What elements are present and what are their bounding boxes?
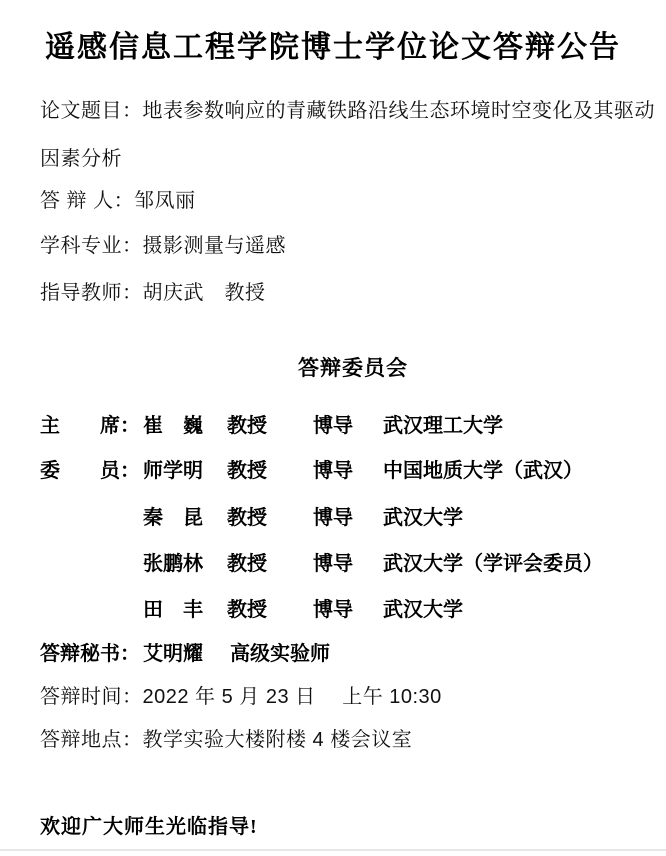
committee-member-name: 秦 昆 bbox=[143, 505, 203, 532]
advisor-value: 胡庆武 教授 bbox=[143, 282, 266, 304]
advisor-line: 指导教师：胡庆武 教授 bbox=[40, 280, 266, 306]
committee-member-affiliation: 武汉理工大学 bbox=[383, 413, 503, 440]
committee-row-member: 田 丰 教授 博导 武汉大学 bbox=[40, 597, 650, 624]
committee-member-affiliation: 武汉大学 bbox=[383, 597, 463, 624]
secretary-title: 高级实验师 bbox=[230, 641, 330, 668]
thesis-title-text: 地表参数响应的青藏铁路沿线生态环境时空变化及其驱动 bbox=[143, 100, 656, 122]
document-title: 遥感信息工程学院博士学位论文答辩公告 bbox=[0, 22, 666, 66]
candidate-label: 答 辩 人： bbox=[40, 190, 134, 212]
defense-time-label: 答辩时间： bbox=[40, 686, 143, 708]
committee-row-chair: 主 席： 崔 巍 教授 博导 武汉理工大学 bbox=[40, 413, 650, 440]
committee-member-name: 崔 巍 bbox=[143, 413, 203, 440]
committee-member-doctoral: 博导 bbox=[313, 597, 353, 624]
advisor-label: 指导教师： bbox=[40, 282, 143, 304]
defense-venue-label: 答辩地点： bbox=[40, 729, 143, 751]
secretary-name: 艾明耀 bbox=[143, 641, 203, 668]
candidate-line: 答 辩 人：邹凤丽 bbox=[40, 188, 196, 214]
committee-member-doctoral: 博导 bbox=[313, 551, 353, 578]
bottom-divider bbox=[0, 849, 666, 851]
defense-venue-value: 教学实验大楼附楼 4 楼会议室 bbox=[143, 729, 413, 751]
committee-row-member: 张鹏林 教授 博导 武汉大学（学评会委员） bbox=[40, 551, 650, 578]
committee-row-member: 秦 昆 教授 博导 武汉大学 bbox=[40, 505, 650, 532]
major-value: 摄影测量与遥感 bbox=[143, 235, 287, 257]
committee-heading: 答辩委员会 bbox=[20, 352, 666, 382]
thesis-title-text-cont: 因素分析 bbox=[40, 148, 122, 170]
committee-member-title: 教授 bbox=[227, 597, 267, 624]
welcome-message: 欢迎广大师生光临指导! bbox=[40, 810, 258, 839]
committee-member-name: 田 丰 bbox=[143, 597, 203, 624]
candidate-name: 邹凤丽 bbox=[134, 190, 196, 212]
defense-announcement-document: 遥感信息工程学院博士学位论文答辩公告 论文题目：地表参数响应的青藏铁路沿线生态环… bbox=[0, 0, 666, 856]
committee-member-affiliation: 武汉大学（学评会委员） bbox=[383, 551, 603, 578]
thesis-title-line1: 论文题目：地表参数响应的青藏铁路沿线生态环境时空变化及其驱动 bbox=[40, 98, 655, 124]
committee-role: 主 席： bbox=[40, 413, 140, 440]
committee-member-title: 教授 bbox=[227, 505, 267, 532]
secretary-label: 答辩秘书： bbox=[40, 641, 140, 668]
committee-role: 委 员： bbox=[40, 458, 140, 485]
defense-time-line: 答辩时间：2022 年 5 月 23 日 上午 10:30 bbox=[40, 684, 442, 710]
committee-member-title: 教授 bbox=[227, 458, 267, 485]
committee-row-member: 委 员： 师学明 教授 博导 中国地质大学（武汉） bbox=[40, 458, 650, 485]
defense-venue-line: 答辩地点：教学实验大楼附楼 4 楼会议室 bbox=[40, 727, 412, 753]
committee-member-name: 张鹏林 bbox=[143, 551, 203, 578]
defense-time-value: 2022 年 5 月 23 日 上午 10:30 bbox=[143, 686, 442, 708]
committee-member-doctoral: 博导 bbox=[313, 458, 353, 485]
thesis-title-label: 论文题目： bbox=[40, 100, 143, 122]
committee-member-name: 师学明 bbox=[143, 458, 203, 485]
committee-member-doctoral: 博导 bbox=[313, 413, 353, 440]
thesis-title-line2: 因素分析 bbox=[40, 146, 122, 172]
committee-member-affiliation: 中国地质大学（武汉） bbox=[383, 458, 583, 485]
major-line: 学科专业：摄影测量与遥感 bbox=[40, 233, 286, 259]
major-label: 学科专业： bbox=[40, 235, 143, 257]
committee-member-doctoral: 博导 bbox=[313, 505, 353, 532]
committee-member-affiliation: 武汉大学 bbox=[383, 505, 463, 532]
committee-member-title: 教授 bbox=[227, 551, 267, 578]
committee-member-title: 教授 bbox=[227, 413, 267, 440]
